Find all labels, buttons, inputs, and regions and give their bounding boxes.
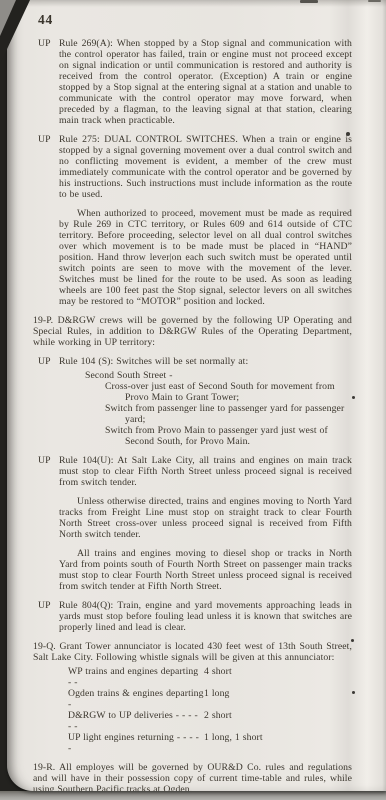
whistle-row: WP trains and engines departing - - 4 sh… bbox=[68, 666, 352, 688]
scan-speck bbox=[352, 691, 355, 694]
rule-104s-text: Rule 104 (S): Switches will be set norma… bbox=[59, 356, 248, 367]
scanner-bottom-band bbox=[0, 791, 386, 800]
scan-speck bbox=[346, 132, 350, 136]
paragraph-19p: 19-P. D&RGW crews will be governed by th… bbox=[33, 315, 352, 348]
railroad-label: UP bbox=[38, 600, 51, 611]
paragraph-19q: 19-Q. Grant Tower annunciator is located… bbox=[33, 641, 352, 663]
rule-104u-text: Rule 104(U): At Salt Lake City, all trai… bbox=[59, 455, 352, 488]
switch-list-item: Switch from passenger line to passenger … bbox=[33, 403, 352, 425]
rule-104u-continuation-2: All trains and engines moving to diesel … bbox=[33, 548, 352, 592]
whistle-row-label: Ogden trains & engines departing - bbox=[68, 688, 204, 710]
whistle-row-value: 1 long, 1 short bbox=[204, 732, 352, 754]
whistle-row: UP light engines returning - - - - - 1 l… bbox=[68, 732, 352, 754]
whistle-signal-table: WP trains and engines departing - - 4 sh… bbox=[68, 666, 352, 754]
rule-269a-text: Rule 269(A): When stopped by a Stop sign… bbox=[59, 38, 352, 126]
railroad-label: UP bbox=[38, 134, 51, 145]
whistle-row: Ogden trains & engines departing - 1 lon… bbox=[68, 688, 352, 710]
whistle-row-label: UP light engines returning - - - - - bbox=[68, 732, 204, 754]
rule-804q: UP Rule 804(Q): Train, engine and yard m… bbox=[33, 600, 352, 633]
scan-speck bbox=[300, 0, 318, 3]
rule-269a: UP Rule 269(A): When stopped by a Stop s… bbox=[33, 38, 352, 126]
scan-speck bbox=[352, 396, 355, 399]
switch-list-item: Switch from Provo Main to passenger yard… bbox=[33, 425, 352, 447]
rule-104s: UP Rule 104 (S): Switches will be set no… bbox=[33, 356, 352, 367]
whistle-row-label: WP trains and engines departing - - bbox=[68, 666, 204, 688]
switch-list-heading: Second South Street - bbox=[85, 370, 352, 381]
whistle-row-label: D&RGW to UP deliveries - - - - - - bbox=[68, 710, 204, 732]
whistle-row-value: 2 short bbox=[204, 710, 352, 732]
rule-275: UP Rule 275: DUAL CONTROL SWITCHES. When… bbox=[33, 134, 352, 200]
scan-speck bbox=[368, 0, 381, 2]
scan-speck bbox=[351, 639, 354, 642]
whistle-row: D&RGW to UP deliveries - - - - - - 2 sho… bbox=[68, 710, 352, 732]
page-number: 44 bbox=[38, 12, 352, 27]
rule-275-continuation: When authorized to proceed, movement mus… bbox=[33, 208, 352, 307]
paragraph-19r: 19-R. All employes will be governed by O… bbox=[33, 762, 352, 791]
scanned-rulebook-page: 44 UP Rule 269(A): When stopped by a Sto… bbox=[0, 0, 386, 800]
rule-804q-text: Rule 804(Q): Train, engine and yard move… bbox=[59, 600, 352, 633]
whistle-row-value: 4 short bbox=[204, 666, 352, 688]
railroad-label: UP bbox=[38, 455, 51, 466]
railroad-label: UP bbox=[38, 38, 51, 49]
page-content: 44 UP Rule 269(A): When stopped by a Sto… bbox=[7, 0, 386, 791]
railroad-label: UP bbox=[38, 356, 51, 367]
switch-list-item: Cross-over just east of Second South for… bbox=[33, 381, 352, 403]
rule-104u: UP Rule 104(U): At Salt Lake City, all t… bbox=[33, 455, 352, 488]
whistle-row-value: 1 long bbox=[204, 688, 352, 710]
second-south-switch-list: Second South Street - Cross-over just ea… bbox=[33, 370, 352, 447]
rule-104u-continuation-1: Unless otherwise directed, trains and en… bbox=[33, 496, 352, 540]
rule-275-text: Rule 275: DUAL CONTROL SWITCHES. When a … bbox=[59, 134, 352, 200]
